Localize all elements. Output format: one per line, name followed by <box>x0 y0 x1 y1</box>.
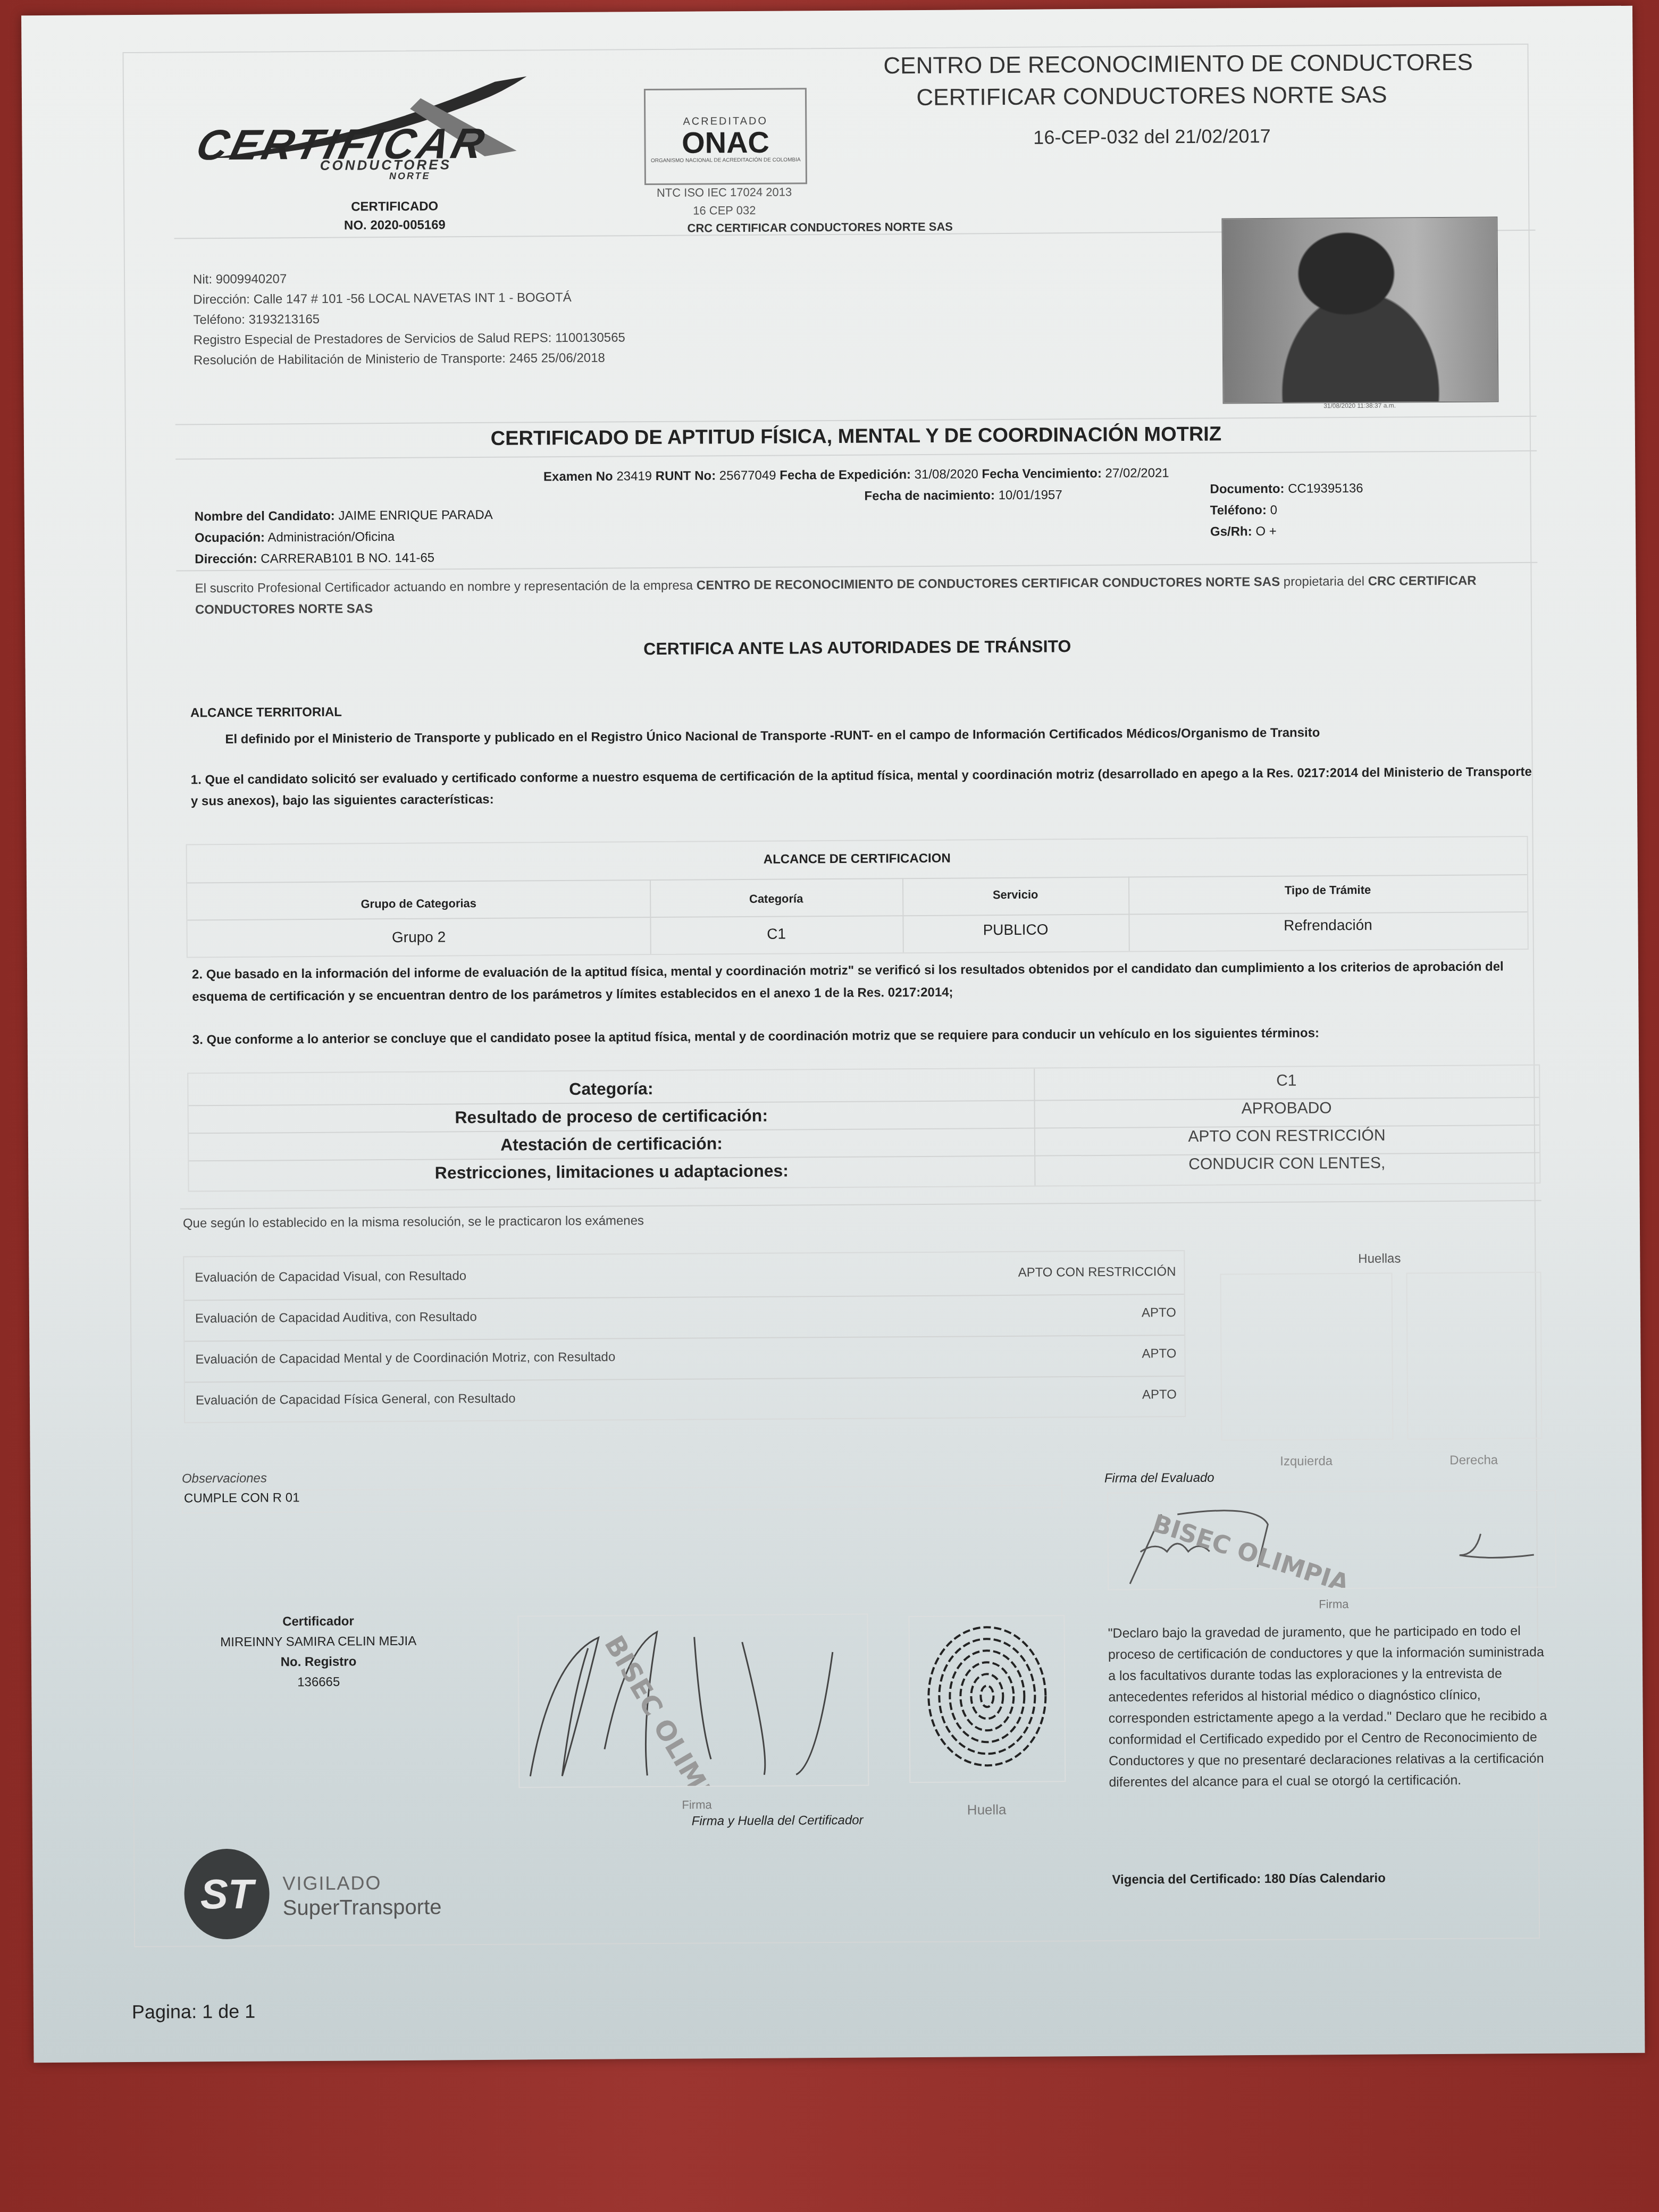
candidate-left: Nombre del Candidato: JAIME ENRIQUE PARA… <box>195 505 493 570</box>
page-number: Pagina: 1 de 1 <box>132 2000 255 2023</box>
intro-text: El suscrito Profesional Certificador act… <box>195 579 693 596</box>
exam-label: Evaluación de Capacidad Física General, … <box>196 1392 516 1409</box>
result-value: APROBADO <box>1034 1098 1539 1119</box>
divider <box>185 1376 1185 1382</box>
exam-result: APTO <box>1142 1346 1176 1361</box>
intro-paragraph: El suscrito Profesional Certificador act… <box>195 570 1524 621</box>
certifier-info: Certificador MIREINNY SAMIRA CELIN MEJIA… <box>190 1611 446 1693</box>
document-number: CC19395136 <box>1288 481 1363 496</box>
svg-text:BISEC OLIMPIA: BISEC OLIMPIA <box>1149 1509 1353 1589</box>
blood-type-label: Gs/Rh: <box>1210 524 1252 539</box>
birth-date-field: Fecha de nacimiento: 10/01/1957 <box>864 488 1062 504</box>
fingerprint-icon <box>909 1616 1065 1782</box>
certifier-registry-label: No. Registro <box>191 1651 446 1673</box>
scope-header-category: Categoría <box>650 891 902 907</box>
intro-text-b: propietaria <box>1284 574 1344 589</box>
certifier-fingerprint-box <box>908 1615 1066 1783</box>
certifier-name: MIREINNY SAMIRA CELIN MEJIA <box>191 1631 446 1653</box>
scope-table-title: ALCANCE DE CERTIFICACION <box>187 848 1527 870</box>
certificate-label: CERTIFICADO <box>299 199 490 215</box>
expiry-label: Fecha Vencimiento: <box>982 466 1102 481</box>
certifier-signature-caption: Firma <box>617 1798 777 1813</box>
right-fingerprint-box <box>1406 1272 1543 1440</box>
document-label: Documento: <box>1210 482 1284 497</box>
birth-date: 10/01/1957 <box>999 488 1062 502</box>
scope-table: ALCANCE DE CERTIFICACION Grupo de Catego… <box>186 836 1529 958</box>
supertransporte-logo-icon: ST <box>184 1848 270 1939</box>
exam-number: 23419 <box>616 469 652 483</box>
evaluated-signature-label: Firma del Evaluado <box>1104 1471 1214 1486</box>
iso-standard: NTC ISO IEC 17024 2013 <box>613 185 836 200</box>
logo-subtitle: CONDUCTORES <box>320 156 451 174</box>
point-1: 1. Que el candidato solicitó ser evaluad… <box>191 761 1541 812</box>
candidate-photo <box>1221 216 1498 404</box>
validity-value: 180 Días Calendario <box>1264 1871 1386 1886</box>
exam-result: APTO <box>1142 1387 1177 1402</box>
candidate-name-label: Nombre del Candidato: <box>195 509 335 524</box>
result-table: Categoría: C1 Resultado de proceso de ce… <box>187 1065 1540 1192</box>
candidate-address: CARRERAB101 B NO. 141-65 <box>261 551 434 566</box>
occupation: Administración/Oficina <box>267 530 395 544</box>
scope-cell-category: C1 <box>650 925 903 943</box>
result-value: C1 <box>1034 1070 1539 1092</box>
company-reps: Registro Especial de Prestadores de Serv… <box>194 328 625 350</box>
left-fingerprint-box <box>1220 1273 1394 1441</box>
result-value: CONDUCIR CON LENTES, <box>1034 1153 1539 1175</box>
intro-company: CENTRO DE RECONOCIMIENTO DE CONDUCTORES … <box>697 575 1280 593</box>
company-resolution: Resolución de Habilitación de Ministerio… <box>194 348 625 371</box>
company-nit: Nit: 9009940207 <box>193 267 625 290</box>
result-label: Restricciones, limitaciones u adaptacion… <box>189 1160 1034 1185</box>
exam-result: APTO CON RESTRICCIÓN <box>1018 1264 1176 1280</box>
certifier-block-caption: Firma y Huella del Certificador <box>692 1813 864 1829</box>
intro-text-c: del <box>1347 574 1364 589</box>
candidate-phone-label: Teléfono: <box>1210 503 1267 518</box>
svg-text:BISEC OLIMPIA: BISEC OLIMPIA <box>598 1630 737 1787</box>
divider <box>185 1335 1184 1342</box>
scope-cell-procedure: Refrendación <box>1128 916 1527 935</box>
divider <box>187 874 1527 883</box>
issue-date: 31/08/2020 <box>915 467 978 482</box>
candidate-right: Documento: CC19395136 Teléfono: 0 Gs/Rh:… <box>1210 478 1363 543</box>
declaration-text: "Declaro bajo la gravedad de juramento, … <box>1108 1620 1556 1793</box>
runt-label: RUNT No: <box>656 468 716 483</box>
certifier-label: Certificador <box>190 1611 446 1632</box>
scope-cell-group: Grupo 2 <box>188 927 650 947</box>
exam-label: Evaluación de Capacidad Visual, con Resu… <box>195 1269 466 1285</box>
evaluated-signature-caption: Firma <box>1201 1597 1467 1612</box>
blood-type: O + <box>1255 524 1277 539</box>
fingerprints-title: Huellas <box>1220 1251 1539 1268</box>
certifier-fingerprint-caption: Huella <box>910 1801 1064 1819</box>
validity: Vigencia del Certificado: 180 Días Calen… <box>1112 1871 1386 1888</box>
result-label: Resultado de proceso de certificación: <box>189 1104 1034 1129</box>
candidate-phone: 0 <box>1270 503 1278 517</box>
occupation-label: Ocupación: <box>195 530 265 545</box>
validity-label: Vigencia del Certificado: <box>1112 1872 1261 1887</box>
exam-label: Evaluación de Capacidad Mental y de Coor… <box>195 1350 615 1367</box>
exams-intro: Que según lo establecido en la misma res… <box>183 1213 644 1231</box>
onac-accreditation-badge: ACREDITADO ONAC ORGANISMO NACIONAL DE AC… <box>644 88 807 185</box>
point-2: 2. Que basado en la información del info… <box>192 956 1543 1009</box>
scope-cell-service: PUBLICO <box>902 921 1128 940</box>
exam-label: Examen No <box>543 469 613 484</box>
evaluated-signature-icon: BISEC OLIMPIA <box>1108 1491 1555 1589</box>
supertransporte-text: SuperTransporte <box>283 1895 442 1920</box>
company-phone: Teléfono: 3193213165 <box>193 307 625 330</box>
right-fingerprint-label: Derecha <box>1407 1453 1540 1469</box>
certificate-number: NO. 2020-005169 <box>299 217 490 233</box>
vigilado-text: VIGILADO <box>282 1872 381 1895</box>
candidate-address-label: Dirección: <box>195 552 257 567</box>
center-title-line2: CERTIFICAR CONDUCTORES NORTE SAS <box>851 81 1452 112</box>
center-title-line1: CENTRO DE RECONOCIMIENTO DE CONDUCTORES <box>851 49 1505 80</box>
exams-table: Evaluación de Capacidad Visual, con Resu… <box>183 1250 1186 1423</box>
onac-small-text: ORGANISMO NACIONAL DE ACREDITACIÓN DE CO… <box>646 157 806 164</box>
cep-code: 16 CEP 032 <box>613 203 836 219</box>
candidate-name: JAIME ENRIQUE PARADA <box>338 508 492 523</box>
company-info: Nit: 9009940207 Dirección: Calle 147 # 1… <box>193 267 625 371</box>
logo-norte: NORTE <box>389 171 431 182</box>
certificate-page: CERTIFICAR CONDUCTORES NORTE CERTIFICADO… <box>21 6 1645 2063</box>
certifier-registry-number: 136665 <box>191 1671 446 1693</box>
company-address: Dirección: Calle 147 # 101 -56 LOCAL NAV… <box>193 287 625 310</box>
scope-header-group: Grupo de Categorias <box>187 895 650 912</box>
onac-name: ONAC <box>646 127 805 158</box>
result-label: Categoría: <box>188 1077 1034 1102</box>
exam-label: Evaluación de Capacidad Auditiva, con Re… <box>195 1310 477 1326</box>
scope-header-procedure: Tipo de Trámite <box>1128 882 1527 899</box>
expiry-date: 27/02/2021 <box>1105 466 1169 481</box>
scope-header-service: Servicio <box>902 887 1128 903</box>
certifier-signature-icon: BISEC OLIMPIA <box>518 1615 868 1787</box>
birth-date-label: Fecha de nacimiento: <box>864 488 995 503</box>
issue-label: Fecha de Expedición: <box>780 467 911 483</box>
center-title-line3: 16-CEP-032 del 21/02/2017 <box>851 124 1452 150</box>
exam-result: APTO <box>1142 1305 1176 1320</box>
runt-number: 25677049 <box>719 468 776 483</box>
result-value: APTO CON RESTRICCIÓN <box>1034 1126 1539 1147</box>
evaluated-signature-box: BISEC OLIMPIA <box>1107 1490 1556 1590</box>
observations-label: Observaciones <box>182 1471 267 1486</box>
divider <box>185 1294 1184 1301</box>
result-label: Atestación de certificación: <box>189 1132 1034 1157</box>
scope-heading: ALCANCE TERRITORIAL <box>190 705 342 721</box>
certifier-signature-box: BISEC OLIMPIA <box>517 1614 869 1788</box>
left-fingerprint-label: Izquierda <box>1221 1454 1392 1470</box>
